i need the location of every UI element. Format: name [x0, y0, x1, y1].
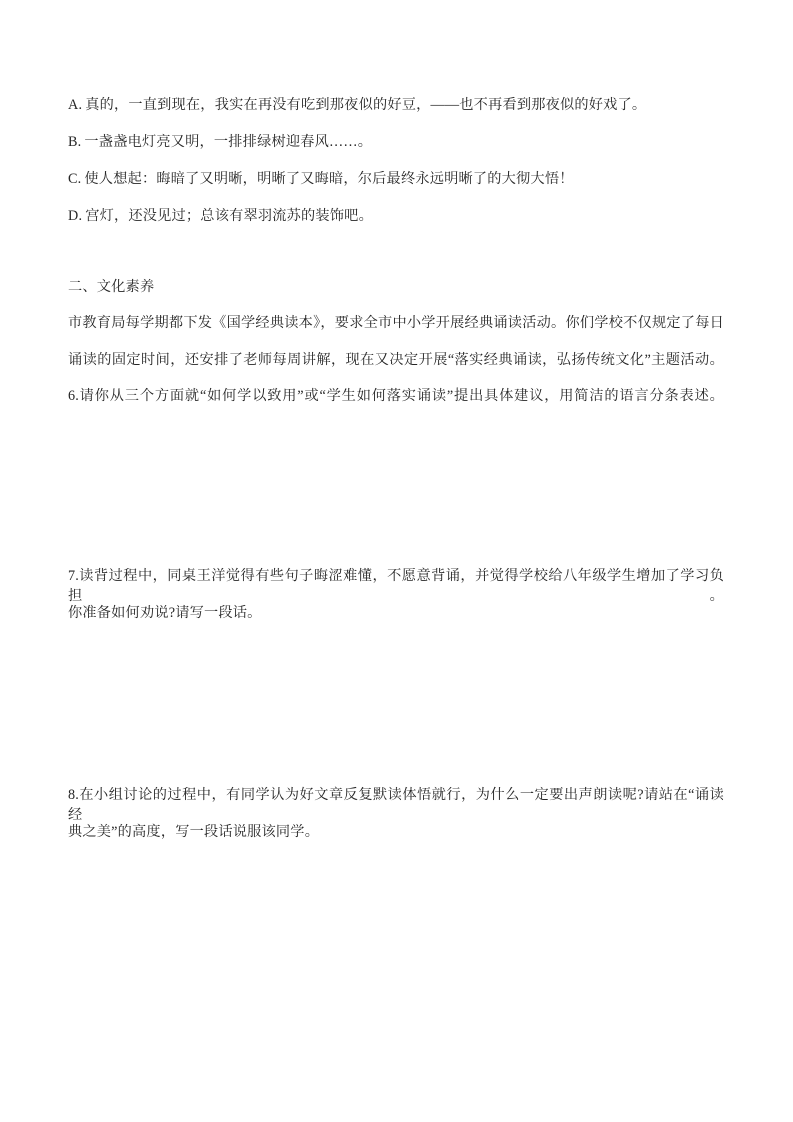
question-7-line-1: 7.读背过程中，同桌王洋觉得有些句子晦涩难懂，不愿意背诵，并觉得学校给八年级学生… [68, 566, 724, 606]
question-8-line-2: 典之美”的高度，写一段话说服该同学。 [68, 822, 724, 842]
option-d-label: D. [68, 208, 82, 224]
option-d: D.宫灯，还没见过；总该有翠羽流苏的装饰吧。 [68, 206, 724, 226]
question-6: 6.请你从三个方面就“如何学以致用”或“学生如何落实诵读”提出具体建议，用简洁的… [68, 386, 724, 406]
option-c: C.使人想起：晦暗了又明晰，明晰了又晦暗，尔后最终永远明晰了的大彻大悟！ [68, 169, 724, 189]
option-b-label: B. [68, 134, 81, 150]
question-8-line-1: 8.在小组讨论的过程中，有同学认为好文章反复默读体悟就行，为什么一定要出声朗读呢… [68, 785, 724, 825]
option-b: B.一盏盏电灯亮又明，一排排绿树迎春风……。 [68, 132, 724, 152]
option-d-text: 宫灯，还没见过；总该有翠羽流苏的装饰吧。 [85, 208, 373, 224]
worksheet-page: A.真的，一直到现在，我实在再没有吃到那夜似的好豆，——也不再看到那夜似的好戏了… [0, 0, 793, 1122]
intro-line-1: 市教育局每学期都下发《国学经典读本》，要求全市中小学开展经典诵读活动。你们学校不… [68, 313, 724, 333]
option-c-label: C. [68, 171, 81, 187]
option-c-text: 使人想起：晦暗了又明晰，明晰了又晦暗，尔后最终永远明晰了的大彻大悟！ [84, 171, 573, 187]
section-heading: 二、文化素养 [68, 277, 724, 297]
option-a-label: A. [68, 97, 82, 113]
option-b-text: 一盏盏电灯亮又明，一排排绿树迎春风……。 [84, 134, 372, 150]
answer-space-q8 [68, 846, 724, 1116]
answer-space-q7 [68, 627, 724, 779]
option-a: A.真的，一直到现在，我实在再没有吃到那夜似的好豆，——也不再看到那夜似的好戏了… [68, 95, 724, 115]
question-7-line-2: 你准备如何劝说?请写一段话。 [68, 603, 724, 623]
option-a-text: 真的，一直到现在，我实在再没有吃到那夜似的好豆，——也不再看到那夜似的好戏了。 [85, 97, 646, 113]
answer-space-q6 [68, 410, 724, 560]
intro-line-2: 诵读的固定时间，还安排了老师每周讲解，现在又决定开展“落实经典诵读，弘扬传统文化… [68, 350, 724, 370]
